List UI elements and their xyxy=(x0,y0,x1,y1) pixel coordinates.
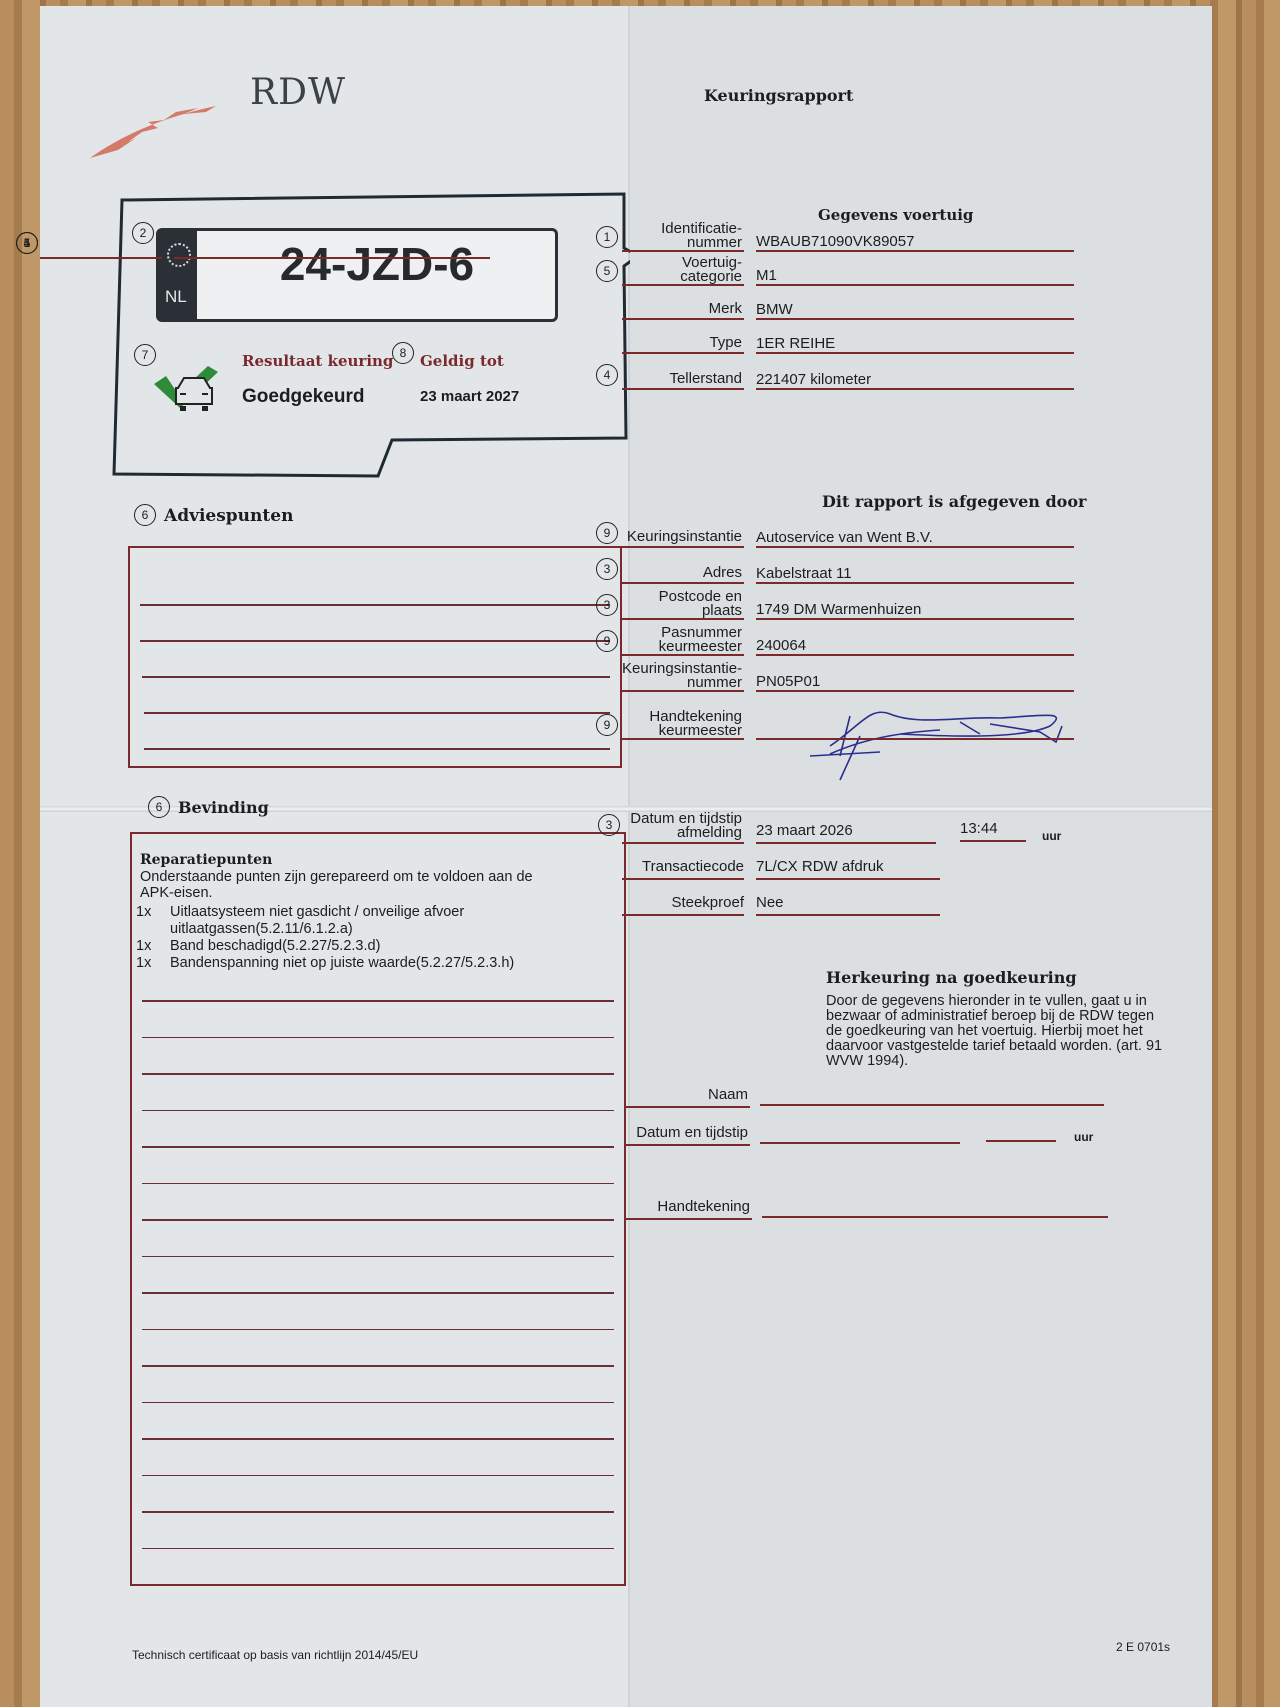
vehicle-label: Identificatie- nummer xyxy=(622,222,742,250)
underline xyxy=(756,582,1074,584)
signature-input[interactable] xyxy=(762,1216,1108,1218)
sample-label: Steekproef xyxy=(622,896,744,910)
reinspection-text: Door de gegevens hieronder in te vullen,… xyxy=(826,994,1166,1069)
vehicle-value: 1ER REIHE xyxy=(756,335,835,352)
marker-3: 3 xyxy=(596,594,618,616)
marker-1: 1 xyxy=(596,226,618,248)
underline xyxy=(756,250,1074,252)
time-unit: uur xyxy=(1074,1130,1093,1144)
marker-9: 9 xyxy=(596,630,618,652)
issuer-label: Postcode en plaats xyxy=(622,590,742,618)
findings-line xyxy=(142,1475,614,1477)
advice-title: Adviespunten xyxy=(164,506,293,526)
footer-right: 2 E 0701s xyxy=(1116,1640,1170,1654)
findings-line xyxy=(142,1365,614,1367)
vehicle-label: Voertuig- categorie xyxy=(622,256,742,284)
advice-line xyxy=(144,748,610,750)
issuer-value: 240064 xyxy=(756,637,806,654)
marker-4: 4 xyxy=(596,364,618,386)
underline xyxy=(626,1144,750,1146)
issuer-label: Keuringsinstantie- nummer xyxy=(622,662,742,690)
vehicle-label: Tellerstand xyxy=(622,372,742,386)
name-label: Naam xyxy=(626,1088,748,1102)
reinspection-title: Herkeuring na goedkeuring xyxy=(826,968,1077,987)
license-plate: NL 24-JZD-6 xyxy=(156,228,558,322)
finding-text: Uitlaatsysteem niet gasdicht / onveilige… xyxy=(170,904,606,938)
underline xyxy=(622,914,744,916)
findings-intro: Onderstaande punten zijn gerepareerd om … xyxy=(140,869,560,901)
underline xyxy=(622,546,744,548)
issuer-label: Keuringsinstantie xyxy=(622,530,742,544)
eu-stars-icon xyxy=(167,243,191,267)
underline xyxy=(622,388,744,390)
findings-title: Bevinding xyxy=(178,798,269,817)
underline xyxy=(756,842,936,844)
findings-line xyxy=(142,1548,614,1550)
finding-text: Band beschadigd(5.2.27/5.2.3.d) xyxy=(170,938,606,955)
plate-number: 24-JZD-6 xyxy=(199,237,555,291)
vehicle-section-title: Gegevens voertuig xyxy=(818,206,973,224)
underline xyxy=(622,738,744,740)
validity-label: Geldig tot xyxy=(420,352,504,370)
finding-qty: 1x xyxy=(136,904,170,938)
underline xyxy=(756,388,1074,390)
footer-left: Technisch certificaat op basis van richt… xyxy=(132,1648,418,1662)
report-title: Keuringsrapport xyxy=(704,86,853,105)
advice-line xyxy=(140,604,610,606)
advice-line xyxy=(144,712,610,714)
finding-item: 1xBand beschadigd(5.2.27/5.2.3.d) xyxy=(136,938,606,955)
marker-7: 7 xyxy=(134,344,156,366)
finding-text: Bandenspanning niet op juiste waarde(5.2… xyxy=(170,955,606,972)
findings-line xyxy=(142,1402,614,1404)
marker-8: 8 xyxy=(392,342,414,364)
underline xyxy=(756,654,1074,656)
findings-line xyxy=(142,1183,614,1185)
finding-item: 1xUitlaatsysteem niet gasdicht / onveili… xyxy=(136,904,606,938)
issuer-label: Handtekening keurmeester xyxy=(622,710,742,738)
underline xyxy=(756,878,940,880)
underline xyxy=(756,318,1074,320)
underline xyxy=(756,914,940,916)
findings-line xyxy=(142,1073,614,1075)
underline xyxy=(626,1106,750,1108)
underline xyxy=(756,352,1074,354)
datetime-label: Datum en tijdstip xyxy=(626,1126,748,1140)
underline xyxy=(756,690,1074,692)
findings-line xyxy=(142,1511,614,1513)
underline xyxy=(622,352,744,354)
underline xyxy=(960,840,1026,842)
inspection-report-document: RDW Keuringsrapport 2 NL 24-JZD-6 7 Resu… xyxy=(40,6,1212,1707)
underline xyxy=(40,257,162,259)
reinspection-date-input[interactable] xyxy=(760,1142,960,1144)
vehicle-label: Type xyxy=(622,336,742,350)
logo-text: RDW xyxy=(250,72,346,113)
findings-subtitle: Reparatiepunten xyxy=(140,852,272,868)
vehicle-value: BMW xyxy=(756,301,793,318)
underline xyxy=(622,582,744,584)
marker-9: 9 xyxy=(596,714,618,736)
underline xyxy=(756,284,1074,286)
findings-line xyxy=(142,1000,614,1002)
sample-value: Nee xyxy=(756,894,784,911)
underline xyxy=(622,318,744,320)
finding-qty: 1x xyxy=(136,938,170,955)
time-unit: uur xyxy=(1042,829,1061,843)
vehicle-value: WBAUB71090VK89057 xyxy=(756,233,914,250)
issuer-value: PN05P01 xyxy=(756,673,820,690)
finding-item: 1xBandenspanning niet op juiste waarde(5… xyxy=(136,955,606,972)
marker-6: 6 xyxy=(134,504,156,526)
advice-line xyxy=(142,676,610,678)
findings-line xyxy=(142,1146,614,1148)
underline xyxy=(622,284,744,286)
findings-line xyxy=(142,1256,614,1258)
findings-line xyxy=(142,1037,614,1039)
findings-box: Reparatiepunten Onderstaande punten zijn… xyxy=(130,832,626,1586)
name-input[interactable] xyxy=(760,1104,1104,1106)
marker-5: 5 xyxy=(596,260,618,282)
marker-3: 3 xyxy=(596,558,618,580)
findings-line xyxy=(142,1110,614,1112)
underline xyxy=(622,842,744,844)
underline xyxy=(756,738,1074,740)
vehicle-value: M1 xyxy=(756,267,777,284)
registration-date-label: Datum en tijdstip afmelding xyxy=(620,812,742,840)
inspector-signature xyxy=(800,696,1100,786)
marker-6: 6 xyxy=(148,796,170,818)
findings-line xyxy=(142,1219,614,1221)
findings-line xyxy=(142,1438,614,1440)
vehicle-value: 221407 kilometer xyxy=(756,371,871,388)
marker-4: 4 xyxy=(16,232,38,254)
feather-icon xyxy=(88,98,218,160)
issuer-value: Kabelstraat 11 xyxy=(756,565,852,582)
transaction-label: Transactiecode xyxy=(622,860,744,874)
result-label: Resultaat keuring xyxy=(242,352,393,370)
finding-qty: 1x xyxy=(136,955,170,972)
underline xyxy=(174,257,490,259)
signature-label: Handtekening xyxy=(626,1200,750,1214)
issuer-value: Autoservice van Went B.V. xyxy=(756,529,933,546)
registration-time: 13:44 xyxy=(960,820,998,837)
registration-date: 23 maart 2026 xyxy=(756,822,853,839)
findings-list: 1xUitlaatsysteem niet gasdicht / onveili… xyxy=(136,904,606,972)
underline xyxy=(622,878,744,880)
issuer-label: Pasnummer keurmeester xyxy=(622,626,742,654)
transaction-code: 7L/CX RDW afdruk xyxy=(756,858,884,875)
underline xyxy=(756,546,1074,548)
vehicle-label: Merk xyxy=(622,302,742,316)
advice-box xyxy=(128,546,622,768)
marker-2: 2 xyxy=(132,222,154,244)
underline xyxy=(756,618,1074,620)
reinspection-time-input[interactable] xyxy=(986,1140,1056,1142)
findings-line xyxy=(142,1292,614,1294)
validity-value: 23 maart 2027 xyxy=(420,388,519,405)
issuer-label: Adres xyxy=(622,566,742,580)
findings-line xyxy=(142,1329,614,1331)
underline xyxy=(622,250,744,252)
underline xyxy=(622,690,744,692)
issuer-section-title: Dit rapport is afgegeven door xyxy=(822,492,1086,511)
marker-9: 9 xyxy=(596,522,618,544)
result-value: Goedgekeurd xyxy=(242,386,364,408)
marker-3: 3 xyxy=(598,814,620,836)
advice-line xyxy=(140,640,610,642)
underline xyxy=(622,654,744,656)
underline xyxy=(622,618,744,620)
car-check-icon xyxy=(152,364,222,414)
issuer-value: 1749 DM Warmenhuizen xyxy=(756,601,921,618)
plate-country: NL xyxy=(165,287,187,307)
underline xyxy=(626,1218,752,1220)
eu-band: NL xyxy=(159,231,197,319)
